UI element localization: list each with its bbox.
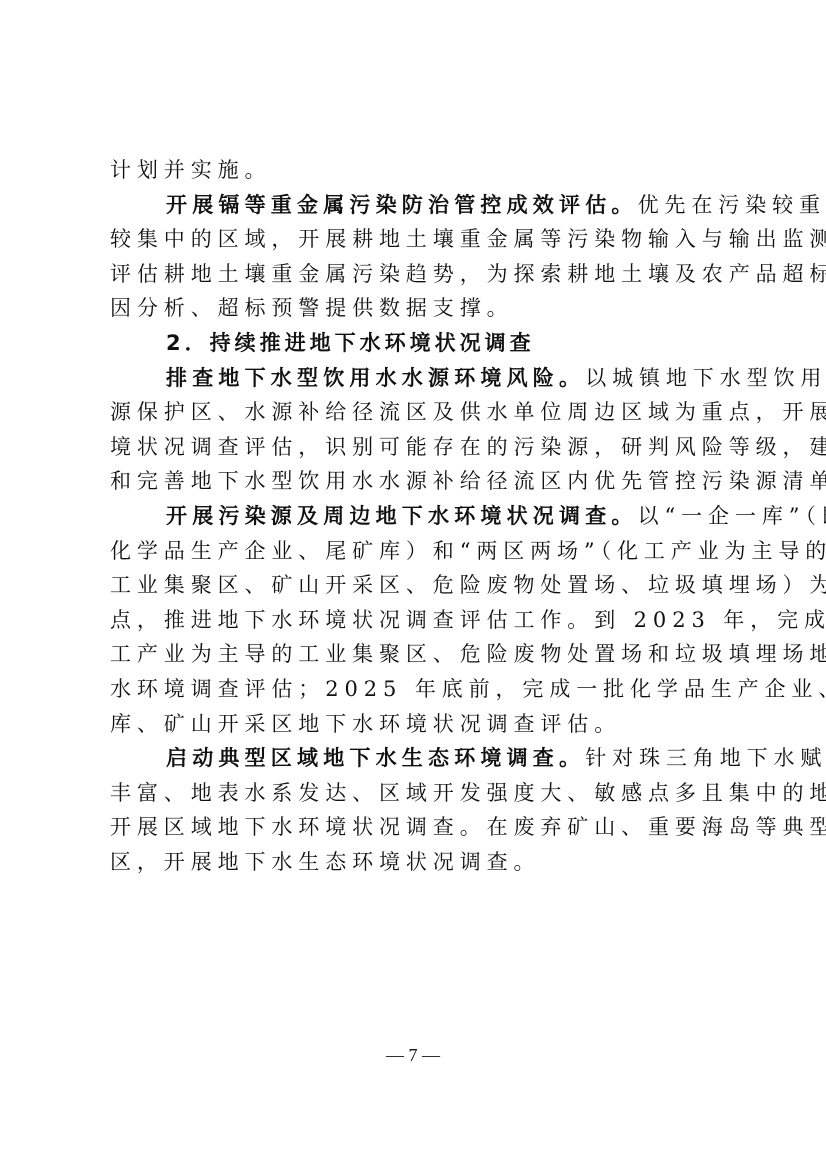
paragraph-line: 较集中的区域，开展耕地土壤重金属等污染物输入与输出监测， xyxy=(110,222,730,257)
section-heading: 2．持续推进地下水环境状况调查 xyxy=(110,326,730,361)
paragraph-line: 区，开展地下水生态环境状况调查。 xyxy=(110,845,730,880)
paragraph-text: 优先在污染较重、 xyxy=(638,193,826,217)
paragraph-line: 计划并实施。 xyxy=(110,153,730,188)
paragraph-first-line: 开展污染源及周边地下水环境状况调查。以“一企一库”（即 xyxy=(110,499,730,534)
paragraph-line: 丰富、地表水系发达、区域开发强度大、敏感点多且集中的地区， xyxy=(110,776,730,811)
paragraph-line: 水环境调查评估；2025 年底前，完成一批化学品生产企业、尾矿 xyxy=(110,672,730,707)
paragraph-line: 境状况调查评估，识别可能存在的污染源，研判风险等级，建立 xyxy=(110,430,730,465)
paragraph-line: 源保护区、水源补给径流区及供水单位周边区域为重点，开展环 xyxy=(110,395,730,430)
paragraph-text: 以“一企一库”（即 xyxy=(638,504,826,528)
paragraph-first-line: 开展镉等重金属污染防治管控成效评估。优先在污染较重、 xyxy=(110,188,730,223)
paragraph-text: 以城镇地下水型饮用水 xyxy=(585,366,826,390)
paragraph-lead-heading: 排查地下水型饮用水水源环境风险。 xyxy=(166,366,585,390)
paragraph-line: 和完善地下水型饮用水水源补给径流区内优先管控污染源清单。 xyxy=(110,464,730,499)
paragraph-line: 工产业为主导的工业集聚区、危险废物处置场和垃圾填埋场地下 xyxy=(110,637,730,672)
paragraph-first-line: 启动典型区域地下水生态环境调查。针对珠三角地下水赋存 xyxy=(110,741,730,776)
paragraph-lead-heading: 启动典型区域地下水生态环境调查。 xyxy=(166,746,585,770)
paragraph-first-line: 排查地下水型饮用水水源环境风险。以城镇地下水型饮用水 xyxy=(110,361,730,396)
paragraph-lead-heading: 开展污染源及周边地下水环境状况调查。 xyxy=(166,504,638,528)
paragraph-lead-heading: 开展镉等重金属污染防治管控成效评估。 xyxy=(166,193,638,217)
paragraph-line: 化学品生产企业、尾矿库）和“两区两场”（化工产业为主导的 xyxy=(110,534,730,569)
paragraph-line: 点，推进地下水环境状况调查评估工作。到 2023 年，完成一批化 xyxy=(110,603,730,638)
page-number: — 7 — xyxy=(0,1045,826,1066)
paragraph-line: 开展区域地下水环境状况调查。在废弃矿山、重要海岛等典型地 xyxy=(110,810,730,845)
paragraph-line: 评估耕地土壤重金属污染趋势，为探索耕地土壤及农产品超标成 xyxy=(110,257,730,292)
document-body: 计划并实施。 开展镉等重金属污染防治管控成效评估。优先在污染较重、 较集中的区域… xyxy=(110,153,730,879)
paragraph-text: 针对珠三角地下水赋存 xyxy=(585,746,826,770)
document-page: 计划并实施。 开展镉等重金属污染防治管控成效评估。优先在污染较重、 较集中的区域… xyxy=(0,0,826,1169)
paragraph-line: 库、矿山开采区地下水环境状况调查评估。 xyxy=(110,707,730,742)
paragraph-line: 工业集聚区、矿山开采区、危险废物处置场、垃圾填埋场）为重 xyxy=(110,568,730,603)
paragraph-line: 因分析、超标预警提供数据支撑。 xyxy=(110,291,730,326)
